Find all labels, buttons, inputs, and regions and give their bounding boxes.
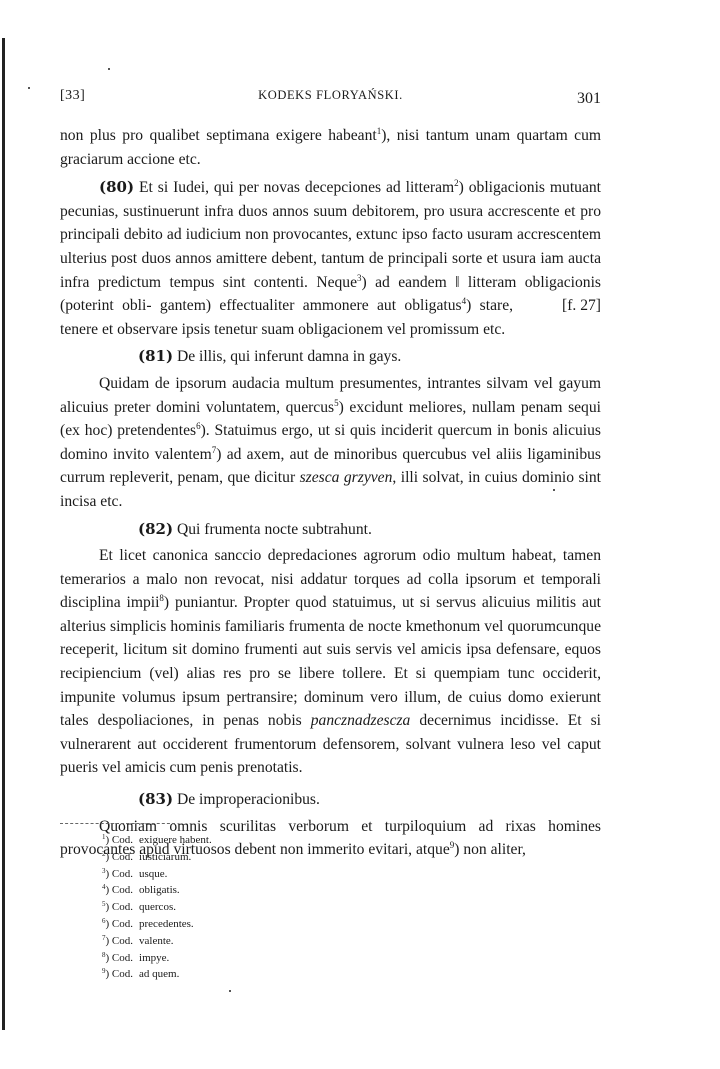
section-82-paragraph: Et licet canonica sanccio depredaciones … xyxy=(60,544,601,780)
section-number: (82) xyxy=(138,520,173,538)
footnote-item: 2) Cod.iusticiarum. xyxy=(102,849,212,866)
section-82-heading: (82) Qui frumenta nocte subtrahunt. xyxy=(60,518,601,542)
footnote-item: 9) Cod.ad quem. xyxy=(102,966,212,983)
section-80-paragraph: (80) Et si Iudei, qui per novas decepcio… xyxy=(60,176,601,341)
footnote-item: 4) Cod.obligatis. xyxy=(102,882,212,899)
scan-speck xyxy=(28,87,30,89)
footnote-item: 8) Cod.impye. xyxy=(102,950,212,967)
footnote-separator xyxy=(60,823,175,824)
section-number: (81) xyxy=(138,347,173,365)
section-83-heading: (83) De improperacionibus. xyxy=(60,788,601,812)
page-number: 301 xyxy=(577,90,601,108)
footnotes: 1) Cod.exiguere habent. 2) Cod.iusticiar… xyxy=(102,832,212,983)
running-title: KODEKS FLORYAŃSKI. xyxy=(60,88,601,103)
footnote-item: 5) Cod.quercos. xyxy=(102,899,212,916)
running-header: [33] KODEKS FLORYAŃSKI. 301 xyxy=(60,86,601,106)
scan-speck xyxy=(108,68,110,70)
section-81-heading: (81) De illis, qui inferunt damna in gay… xyxy=(60,345,601,369)
folio-margin-note: [f. 27] xyxy=(523,294,601,318)
scan-speck xyxy=(229,990,231,992)
section-number: (83) xyxy=(138,790,173,808)
footnote-item: 3) Cod.usque. xyxy=(102,866,212,883)
footnote-item: 7) Cod.valente. xyxy=(102,933,212,950)
footnote-item: 6) Cod.precedentes. xyxy=(102,916,212,933)
main-text: non plus pro qualibet septimana exigere … xyxy=(60,124,601,862)
section-81-paragraph: Quidam de ipsorum audacia multum presume… xyxy=(60,372,601,514)
page-edge-border xyxy=(2,38,5,1030)
polish-term: pancznadzescza xyxy=(311,712,411,729)
footnote-item: 1) Cod.exiguere habent. xyxy=(102,832,212,849)
section-number: (80) xyxy=(99,178,134,196)
polish-term: szesca grzyven xyxy=(300,469,393,486)
continuation-paragraph: non plus pro qualibet septimana exigere … xyxy=(60,124,601,171)
